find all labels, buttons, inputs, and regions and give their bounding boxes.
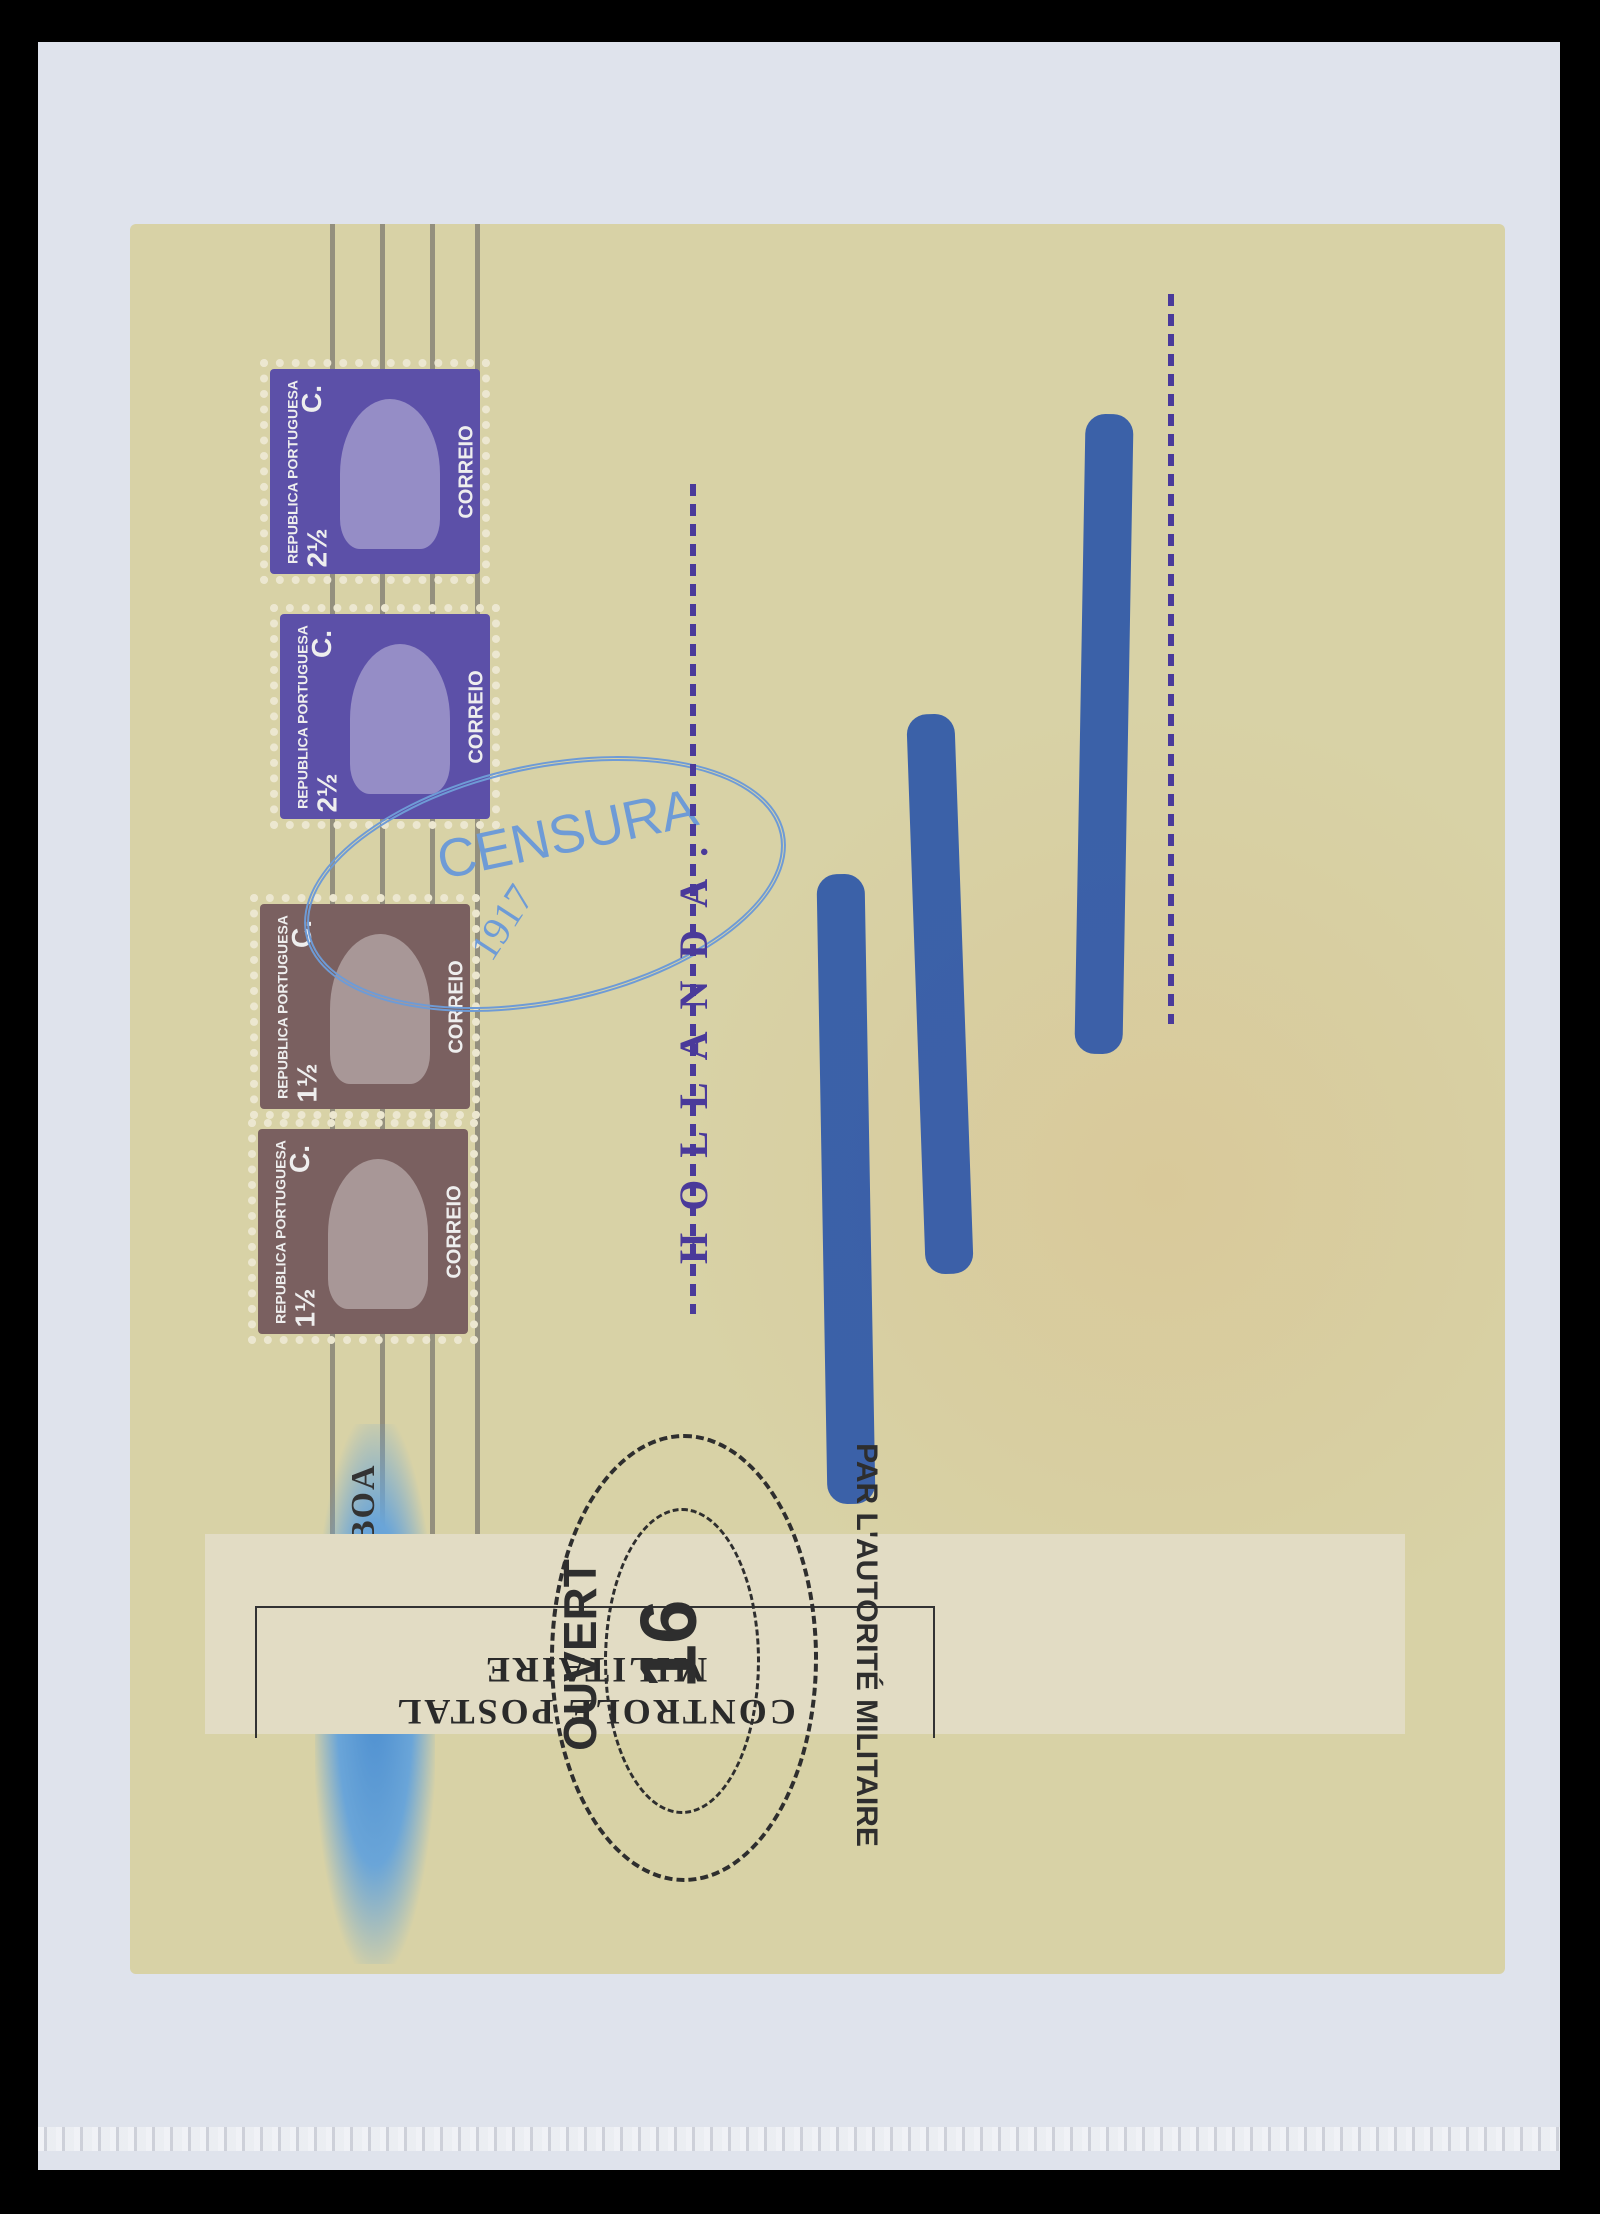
address-redaction <box>1074 414 1133 1055</box>
album-page: REPUBLICA PORTUGUESA CORREIO 2½ C. REPUB… <box>38 42 1560 2170</box>
address-line <box>690 484 696 1314</box>
envelope: REPUBLICA PORTUGUESA CORREIO 2½ C. REPUB… <box>130 224 1505 1974</box>
album-strip <box>38 2127 1560 2151</box>
stamp-1: REPUBLICA PORTUGUESA CORREIO 2½ C. <box>270 369 480 574</box>
address-redaction <box>906 713 974 1274</box>
ouvert-handstamp: OUVERT 16 PAR L'AUTORITÉ MILITAIRE <box>550 1434 818 1882</box>
address-redaction <box>817 874 876 1505</box>
stamp-4: REPUBLICA PORTUGUESA CORREIO 1½ C. <box>258 1129 468 1334</box>
address-line <box>1168 294 1174 1024</box>
